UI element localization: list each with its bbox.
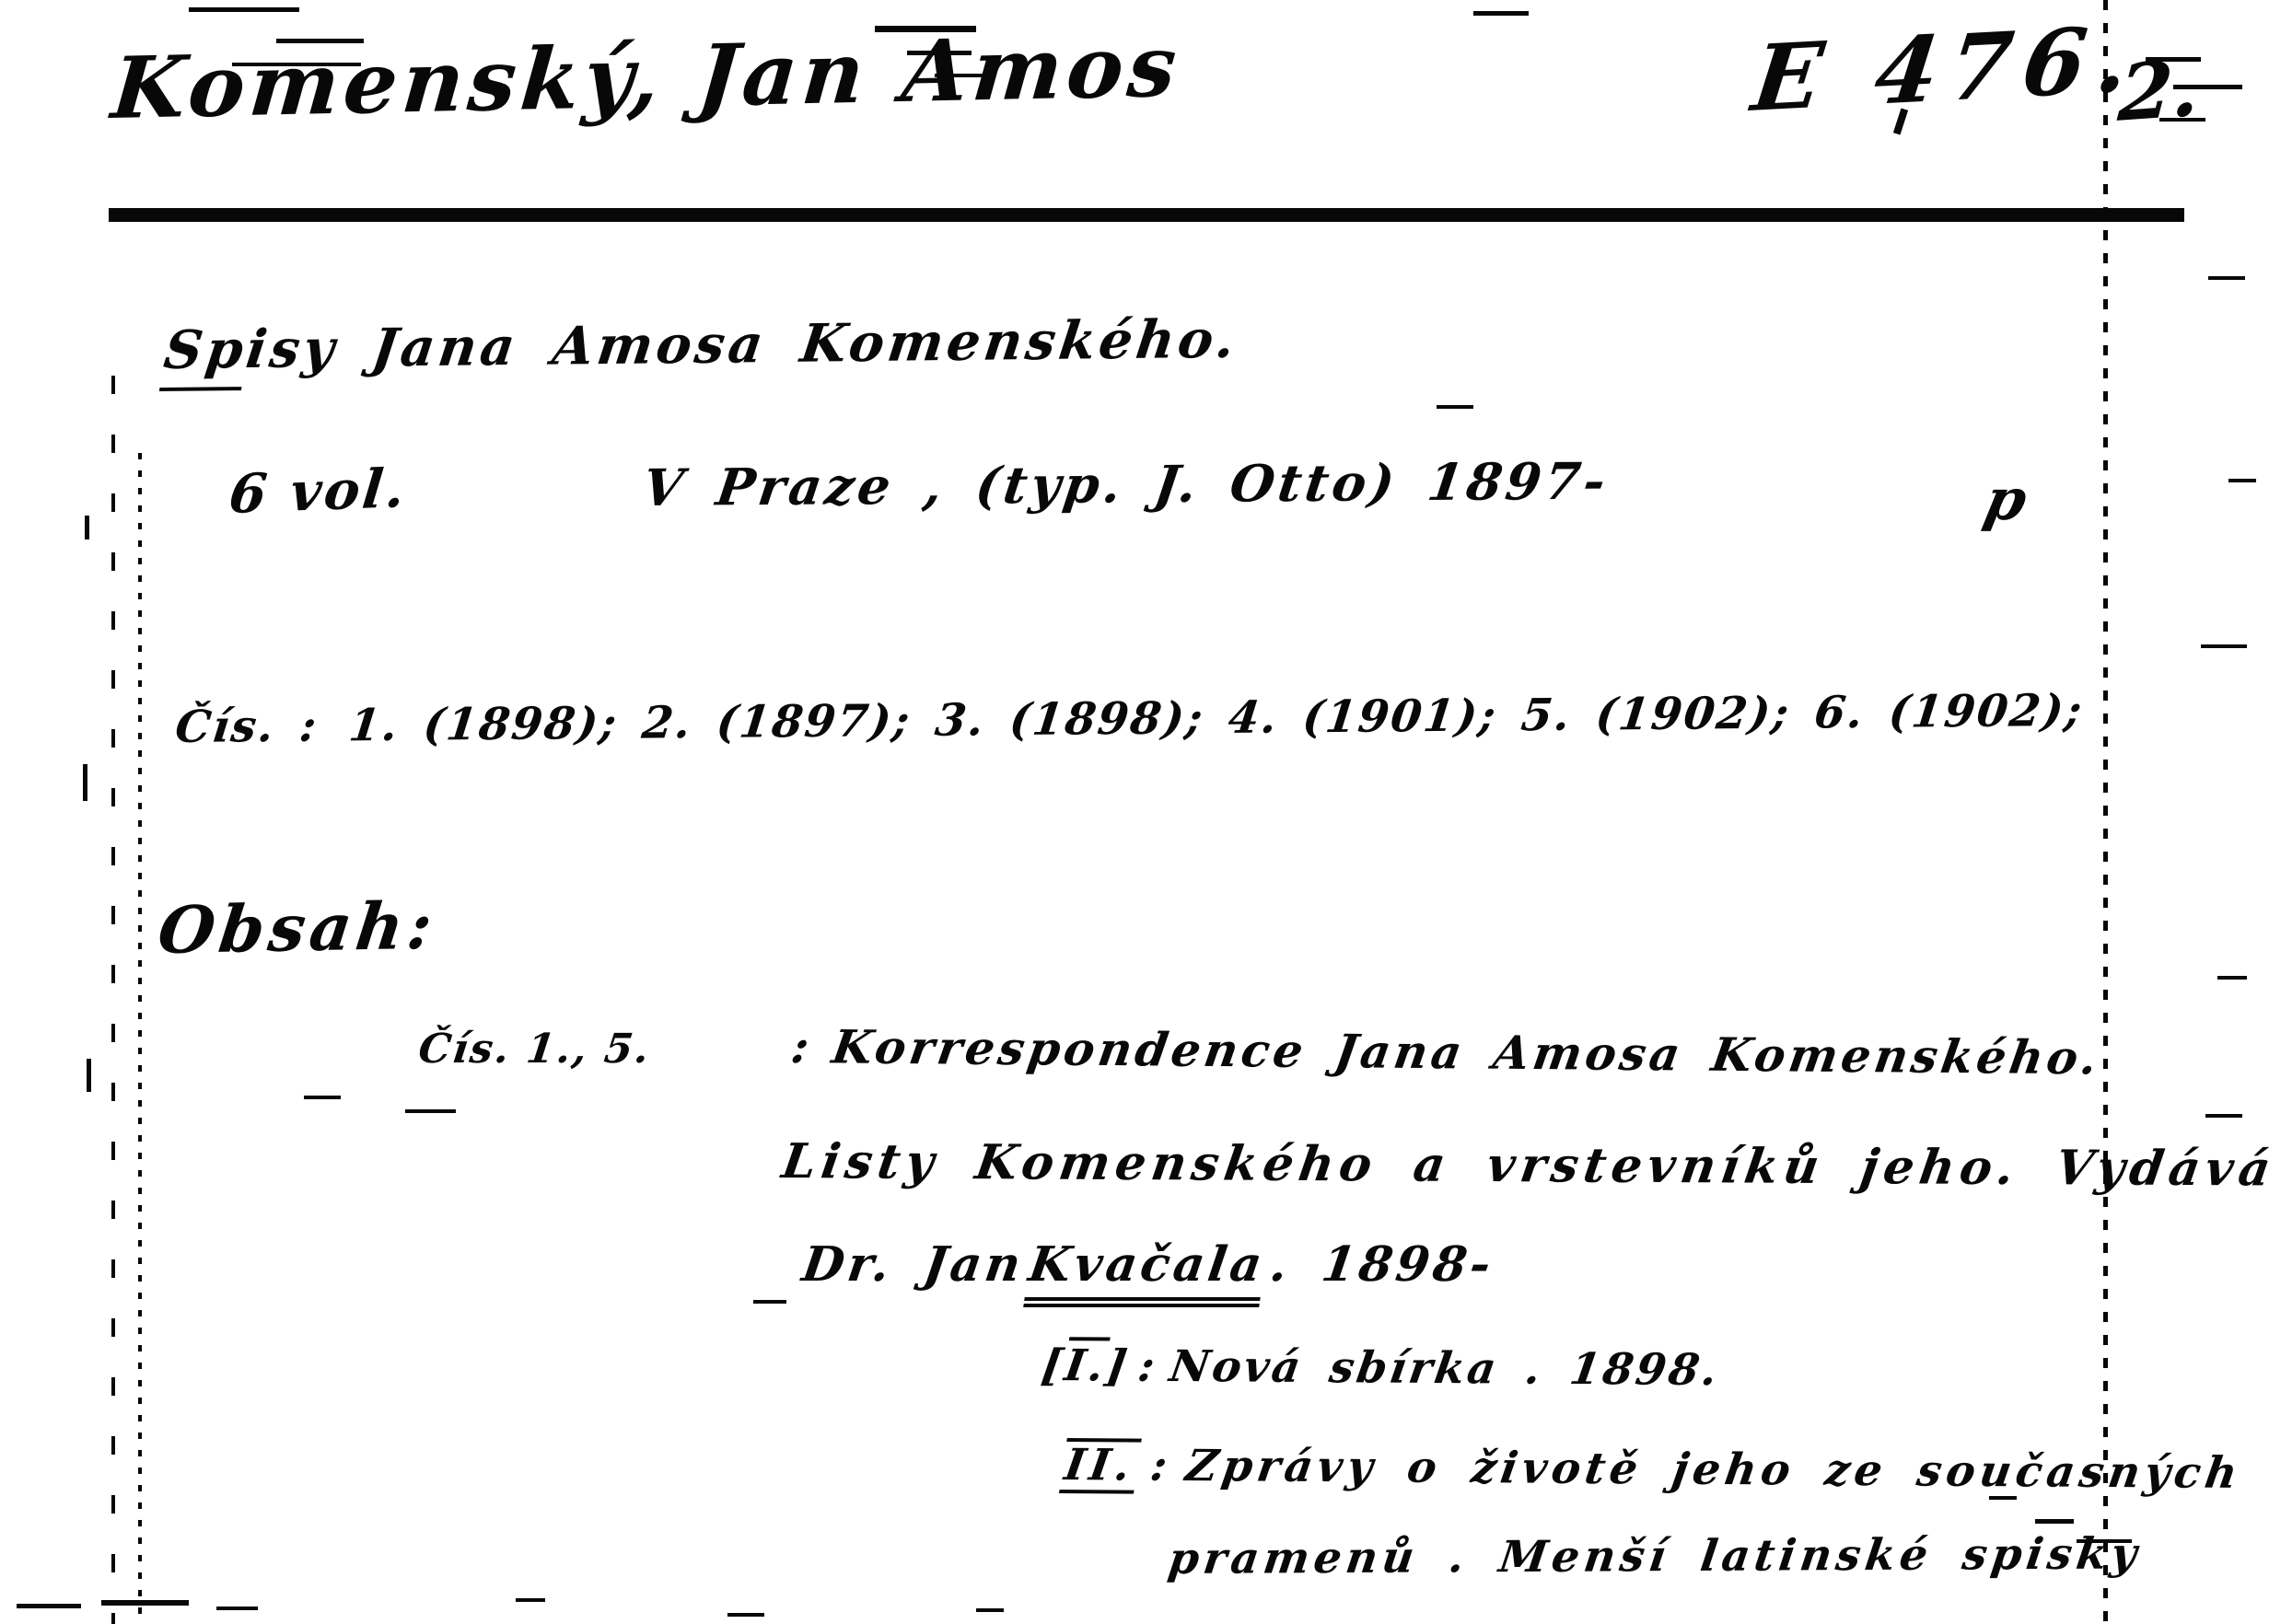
part-two-continuation: pramenů . Menší latinské spisky (1166, 1532, 2144, 1581)
entry-numbers: Čís. 1., 5. (416, 1029, 653, 1070)
part-one-colon: : (1134, 1341, 1160, 1392)
part-two-text: Zprávy o životě jeho ze současných (1182, 1441, 2245, 1499)
scan-noise-mark (2173, 85, 2242, 89)
left-dotted-rule-inner (138, 453, 142, 1624)
part-one-line: [I.]:Nová sbírka . 1898. (1039, 1344, 1723, 1392)
scan-noise-mark (1473, 11, 1529, 16)
scan-noise-mark (2035, 1519, 2074, 1524)
scan-noise-mark (907, 51, 972, 55)
left-dotted-rule-outer (111, 376, 115, 1624)
price-mark: p (1980, 471, 2032, 528)
scan-noise-mark (753, 1300, 786, 1304)
contents-heading: Obsah: (155, 894, 440, 963)
imprint: V Praze , (typ. J. Otto) 1897- (640, 456, 1612, 513)
scan-noise-mark (2208, 276, 2245, 280)
part-two-line: II.:Zprávy o životě jeho ze současných (1059, 1438, 2245, 1502)
entry-colon: : (787, 1019, 816, 1073)
scan-noise-mark (2146, 57, 2201, 62)
scan-noise-mark (2159, 118, 2205, 122)
scan-noise-mark (101, 1600, 189, 1606)
scan-noise-mark (1437, 405, 1473, 409)
entry-subtitle-line: Listy Komenského a vrstevníků jeho. Vydá… (779, 1138, 2269, 1193)
scan-noise-mark (516, 1598, 545, 1602)
scan-noise-mark (189, 7, 299, 12)
volume-count: 6 vol. (227, 461, 410, 521)
call-number: E 476. (1748, 14, 2145, 125)
title-underlined-part: Sp (159, 319, 250, 391)
title-rest: isy Jana Amosa Komenského. (242, 308, 1241, 380)
title-line: Spisy Jana Amosa Komenského. (161, 313, 1241, 377)
main-heading: Komenský, Jan Amos (109, 24, 1184, 131)
scan-noise-mark (232, 63, 361, 66)
issues-line: Čís. :1. (1898); 2. (1897); 3. (1898); 4… (173, 689, 2086, 749)
scan-noise-mark (2217, 976, 2247, 980)
header-rule (109, 208, 2184, 222)
entry-editor-line: Dr. JanKvačala. 1898- (799, 1241, 1497, 1289)
scan-noise-mark (1989, 1496, 2017, 1500)
scan-noise-mark (875, 26, 976, 32)
scan-noise-mark (276, 39, 364, 43)
scan-noise-mark (2077, 1539, 2132, 1543)
scan-noise-mark (2205, 1114, 2242, 1118)
scan-noise-mark (405, 1109, 456, 1113)
editor-prefix: Dr. Jan (798, 1236, 1028, 1293)
scan-noise-mark (727, 1613, 764, 1617)
scan-noise-mark (83, 764, 87, 801)
scan-noise-mark (2228, 479, 2256, 482)
part-two-colon: : (1147, 1441, 1175, 1491)
issues-value: 1. (1898); 2. (1897); 3. (1898); 4. (190… (346, 685, 2086, 751)
scan-noise-mark (85, 516, 89, 539)
editor-name: Kvačala (1023, 1236, 1269, 1307)
part-one-text: Nová sbírka . 1898. (1167, 1341, 1724, 1396)
scan-noise-mark (976, 1608, 1004, 1612)
scan-noise-mark (17, 1604, 81, 1608)
part-two-numeral: II. (1059, 1438, 1142, 1494)
entry-title-line: :Korrespondence Jana Amosa Komenského. (788, 1024, 2104, 1081)
issues-label: Čís. : (173, 701, 321, 753)
catalog-card: Komenský, Jan Amos E 476. 2. Spisy Jana … (0, 0, 2269, 1624)
scan-noise-mark (216, 1607, 258, 1610)
scan-noise-mark (87, 1059, 91, 1092)
scan-noise-mark (2201, 644, 2247, 648)
scan-noise-mark (935, 74, 990, 77)
scan-noise-mark (304, 1096, 341, 1099)
right-dashed-rule (2103, 0, 2108, 1624)
entry-title: Korrespondence Jana Amosa Komenského. (829, 1019, 2104, 1085)
editor-suffix: . 1898- (1266, 1236, 1497, 1293)
